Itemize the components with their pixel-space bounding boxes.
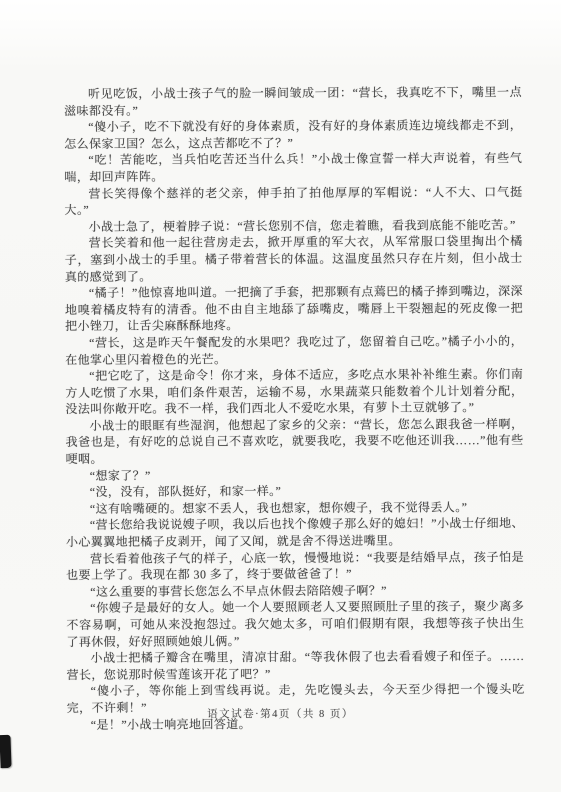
story-paragraph: “橘子！”他惊喜地叫道。一把摘了手套，把那颗有点蔫巴的橘子捧到嘴边，深深地嗅着橘… [65, 283, 523, 335]
story-paragraph: 营长笑着和他一起往营房走去，掀开厚重的军大衣，从军常服口袋里掏出个橘子，塞到小战… [65, 233, 523, 285]
story-paragraph: “傻小子，吃不下就没有好的身体素质，没有好的身体素质连边境线都走不到，怎么保家卫… [64, 117, 522, 152]
page-footer: 语文试卷·第4页（共 8 页） [0, 706, 561, 721]
story-paragraph: “这么重要的事营长您怎么不早点休假去陪陪嫂子啊？” [66, 582, 524, 601]
story-paragraph: “营长您给我说说嫂子呗，我以后也找个像嫂子那么好的媳妇！”小战士仔细地、小心翼翼… [66, 515, 524, 550]
story-paragraph: “这有啥嘴硬的。想家不丢人，我也想家，想你嫂子，我不觉得丢人。” [66, 499, 524, 518]
story-paragraph: 营长看着他孩子气的样子，心底一软，慢慢地说：“我要是结婚早点，孩子怕是也要上学了… [66, 549, 524, 584]
story-paragraph: “你嫂子是最好的女人。她一个人要照顾老人又要照顾肚子里的孩子，聚少离多不容易啊，… [66, 598, 524, 650]
story-paragraph: “想家了？” [66, 466, 524, 485]
story-paragraph: “吃！苦能吃，当兵怕吃苦还当什么兵！”小战士像宣誓一样大声说着，有些气喘，却回声… [64, 150, 522, 185]
story-paragraph: 营长笑得像个慈祥的老父亲，伸手拍了拍他厚厚的军帽说：“人不大、口气挺大。” [64, 184, 522, 219]
story-paragraph: 小战士的眼眶有些湿润，他想起了家乡的父亲：“营长，您怎么跟我爸一样啊，我爸也是，… [65, 416, 523, 468]
story-paragraph: 小战士把橘子瓣含在嘴里，清凉甘甜。“等我休假了也去看看嫂子和侄子。……营长，您说… [66, 648, 524, 683]
story-paragraph: “没，没有，部队挺好，和家一样。” [66, 482, 524, 501]
story-paragraph: 小战士急了，梗着脖子说：“营长您别不信，您走着瞧，看我到底能不能吃苦。” [65, 217, 523, 236]
reading-passage: 听见吃饭，小战士孩子气的脸一瞬间皱成一团：“营长，我真吃不下，嘴里一点滋味都没有… [64, 84, 525, 733]
story-paragraph: 听见吃饭，小战士孩子气的脸一瞬间皱成一团：“营长，我真吃不下，嘴里一点滋味都没有… [64, 84, 522, 119]
scan-artifact-blob [0, 735, 12, 768]
scanned-exam-page: 听见吃饭，小战士孩子气的脸一瞬间皱成一团：“营长，我真吃不下，嘴里一点滋味都没有… [0, 0, 561, 792]
story-paragraph: “把它吃了，这是命令！你才来，身体不适应，多吃点水果补补维生素。你们南方人吃惯了… [65, 366, 523, 418]
story-paragraph: “营长，这是昨天午餐配发的水果吧？我吃过了，您留着自己吃。”橘子小小的，在他掌心… [65, 333, 523, 368]
